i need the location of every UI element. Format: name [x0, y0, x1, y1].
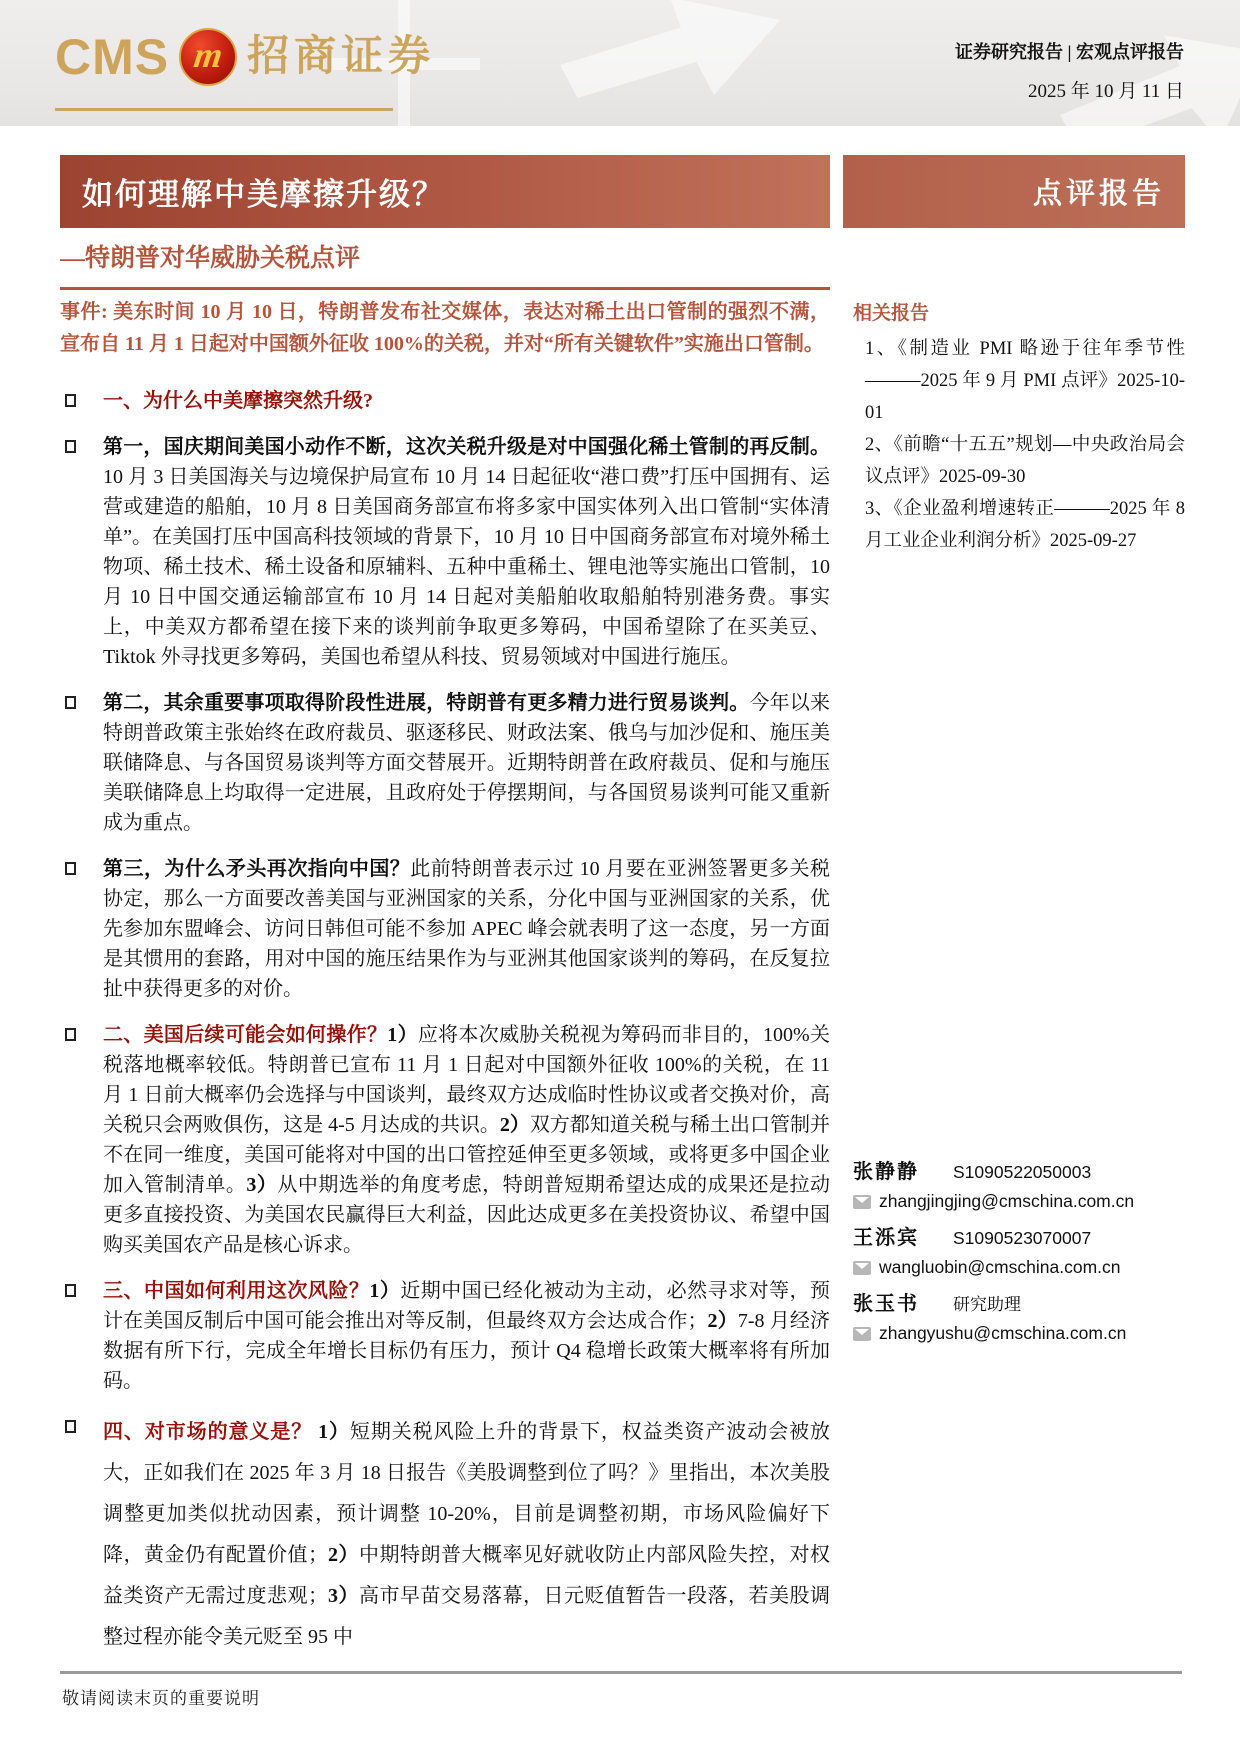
- body-paragraph: 第三，为什么矛头再次指向中国？此前特朗普表示过 10 月要在亚洲签署更多关税协定…: [60, 854, 830, 1004]
- header-meta: 证券研究报告 | 宏观点评报告 2025 年 10 月 11 日: [955, 38, 1184, 103]
- report-date: 2025 年 10 月 11 日: [955, 76, 1184, 103]
- analyst-code: S1090523070007: [953, 1228, 1091, 1249]
- text-segment: 第三，为什么矛头再次指向中国？: [103, 858, 410, 880]
- text-segment: 2）: [500, 1114, 530, 1136]
- text-segment: 1）: [369, 1280, 400, 1302]
- analyst-name-row: 张静静S1090522050003: [853, 1155, 1185, 1184]
- logo-underline: [55, 108, 393, 111]
- page-header: CMS m 招商证券 证券研究报告 | 宏观点评报告 2025 年 10 月 1…: [0, 0, 1240, 126]
- sidebar: 点评报告 相关报告 1、《制造业 PMI 略逊于往年季节性———2025 年 9…: [843, 126, 1185, 1671]
- text-segment: 第二，其余重要事项取得阶段性进展，特朗普有更多精力进行贸易谈判。: [103, 692, 749, 714]
- title-banner: 如何理解中美摩擦升级？: [60, 155, 830, 228]
- header-watermark-arrow-icon: [560, 0, 780, 110]
- body-paragraph: 第二，其余重要事项取得阶段性进展，特朗普有更多精力进行贸易谈判。今年以来特朗普政…: [60, 688, 830, 838]
- paragraph-text: 第一，国庆期间美国小动作不断，这次关税升级是对中国强化稀土管制的再反制。10 月…: [103, 432, 830, 672]
- analyst-email-row: wangluobin@cmschina.com.cn: [853, 1257, 1185, 1278]
- paragraph-text: 三、中国如何利用这次风险？1）近期中国已经化被动为主动，必然寻求对等，预计在美国…: [103, 1276, 830, 1396]
- related-reports-list: 1、《制造业 PMI 略逊于往年季节性———2025 年 9 月 PMI 点评》…: [843, 333, 1185, 557]
- related-report-item: 3、《企业盈利增速转正———2025 年 8 月工业企业利润分析》2025-09…: [865, 493, 1185, 557]
- paragraph-text: 四、对市场的意义是？ 1）短期关税风险上升的背景下，权益类资产波动会被放大，正如…: [103, 1412, 830, 1658]
- square-bullet-icon: [65, 394, 76, 407]
- body-paragraph: 四、对市场的意义是？ 1）短期关税风险上升的背景下，权益类资产波动会被放大，正如…: [60, 1412, 830, 1658]
- paragraph-text: 第二，其余重要事项取得阶段性进展，特朗普有更多精力进行贸易谈判。今年以来特朗普政…: [103, 688, 830, 838]
- footer-rule: [60, 1671, 1182, 1674]
- square-bullet-icon: [65, 1028, 76, 1041]
- body-paragraph: 第一，国庆期间美国小动作不断，这次关税升级是对中国强化稀土管制的再反制。10 月…: [60, 432, 830, 672]
- section-heading: 一、为什么中美摩擦突然升级?: [103, 390, 373, 412]
- analyst-name-row: 张玉书研究助理: [853, 1287, 1185, 1316]
- section-heading: 四、对市场的意义是？: [103, 1421, 318, 1443]
- report-title: 如何理解中美摩擦升级？: [82, 169, 445, 214]
- square-bullet-icon: [65, 862, 76, 875]
- event-summary: 事件: 美东时间 10 月 10 日，特朗普发布社交媒体，表达对稀土出口管制的强…: [60, 296, 830, 360]
- paragraph-text: 一、为什么中美摩擦突然升级?: [103, 386, 830, 416]
- email-icon: [853, 1195, 871, 1209]
- analyst-email-row: zhangjingjing@cmschina.com.cn: [853, 1191, 1185, 1212]
- related-reports-heading: 相关报告: [853, 298, 1185, 325]
- analyst-code: 研究助理: [953, 1290, 1021, 1315]
- body-paragraph: 三、中国如何利用这次风险？1）近期中国已经化被动为主动，必然寻求对等，预计在美国…: [60, 1276, 830, 1396]
- square-bullet-icon: [65, 1284, 76, 1297]
- main-column: 如何理解中美摩擦升级？ —特朗普对华威胁关税点评 事件: 美东时间 10 月 1…: [60, 126, 830, 1660]
- text-segment: 3）: [328, 1585, 359, 1607]
- text-segment: 1）: [318, 1421, 350, 1443]
- analyst-code: S1090522050003: [953, 1162, 1091, 1183]
- related-report-item: 2、《前瞻“十五五”规划—中央政治局会议点评》2025-09-30: [865, 429, 1185, 493]
- analysts: 张静静S1090522050003zhangjingjing@cmschina.…: [843, 1155, 1185, 1353]
- email-icon: [853, 1261, 871, 1275]
- square-bullet-icon: [65, 440, 76, 453]
- analyst-email: zhangjingjing@cmschina.com.cn: [879, 1191, 1134, 1212]
- text-segment: 3）: [246, 1174, 277, 1196]
- cms-logo-badge-icon: m: [179, 28, 237, 86]
- cms-logo-text: CMS: [55, 32, 169, 82]
- footer-disclaimer: 敬请阅读末页的重要说明: [62, 1684, 260, 1709]
- report-type: 证券研究报告 | 宏观点评报告: [955, 38, 1184, 64]
- text-segment: 2）: [328, 1544, 359, 1566]
- analyst-email-row: zhangyushu@cmschina.com.cn: [853, 1323, 1185, 1344]
- report-subtitle: —特朗普对华威胁关税点评: [60, 242, 830, 276]
- body-paragraphs: 一、为什么中美摩擦突然升级?第一，国庆期间美国小动作不断，这次关税升级是对中国强…: [60, 386, 830, 1658]
- report-page: CMS m 招商证券 证券研究报告 | 宏观点评报告 2025 年 10 月 1…: [0, 0, 1240, 1754]
- text-segment: 2）: [708, 1310, 738, 1332]
- paragraph-text: 第三，为什么矛头再次指向中国？此前特朗普表示过 10 月要在亚洲签署更多关税协定…: [103, 854, 830, 1004]
- cms-logo: CMS m 招商证券: [55, 28, 435, 86]
- square-bullet-icon: [65, 696, 76, 709]
- section-heading: 二、美国后续可能会如何操作？: [103, 1024, 387, 1046]
- analyst-name: 张玉书: [853, 1287, 953, 1316]
- analyst-email: wangluobin@cmschina.com.cn: [879, 1257, 1121, 1278]
- cms-badge-glyph: m: [192, 37, 225, 73]
- text-segment: 第一，国庆期间美国小动作不断，这次关税升级是对中国强化稀土管制的再反制。: [103, 436, 830, 458]
- text-segment: 10 月 3 日美国海关与边境保护局宣布 10 月 14 日起征收“港口费”打压…: [103, 466, 830, 668]
- email-icon: [853, 1327, 871, 1341]
- related-report-item: 1、《制造业 PMI 略逊于往年季节性———2025 年 9 月 PMI 点评》…: [865, 333, 1185, 429]
- text-segment: 1）: [387, 1024, 418, 1046]
- report-category-badge: 点评报告: [1033, 171, 1165, 212]
- analyst-name: 张静静: [853, 1155, 953, 1184]
- report-category-banner: 点评报告: [843, 155, 1185, 228]
- section-heading: 三、中国如何利用这次风险？: [103, 1280, 369, 1302]
- analyst-name-row: 王泺宾S1090523070007: [853, 1221, 1185, 1250]
- square-bullet-icon: [65, 1420, 76, 1433]
- analyst-email: zhangyushu@cmschina.com.cn: [879, 1323, 1126, 1344]
- body-paragraph: 二、美国后续可能会如何操作？1）应将本次威胁关税视为筹码而非目的，100%关税落…: [60, 1020, 830, 1260]
- accent-rule: [60, 287, 830, 290]
- body-paragraph: 一、为什么中美摩擦突然升级?: [60, 386, 830, 416]
- paragraph-text: 二、美国后续可能会如何操作？1）应将本次威胁关税视为筹码而非目的，100%关税落…: [103, 1020, 830, 1260]
- company-name: 招商证券: [247, 36, 435, 78]
- analyst-name: 王泺宾: [853, 1221, 953, 1250]
